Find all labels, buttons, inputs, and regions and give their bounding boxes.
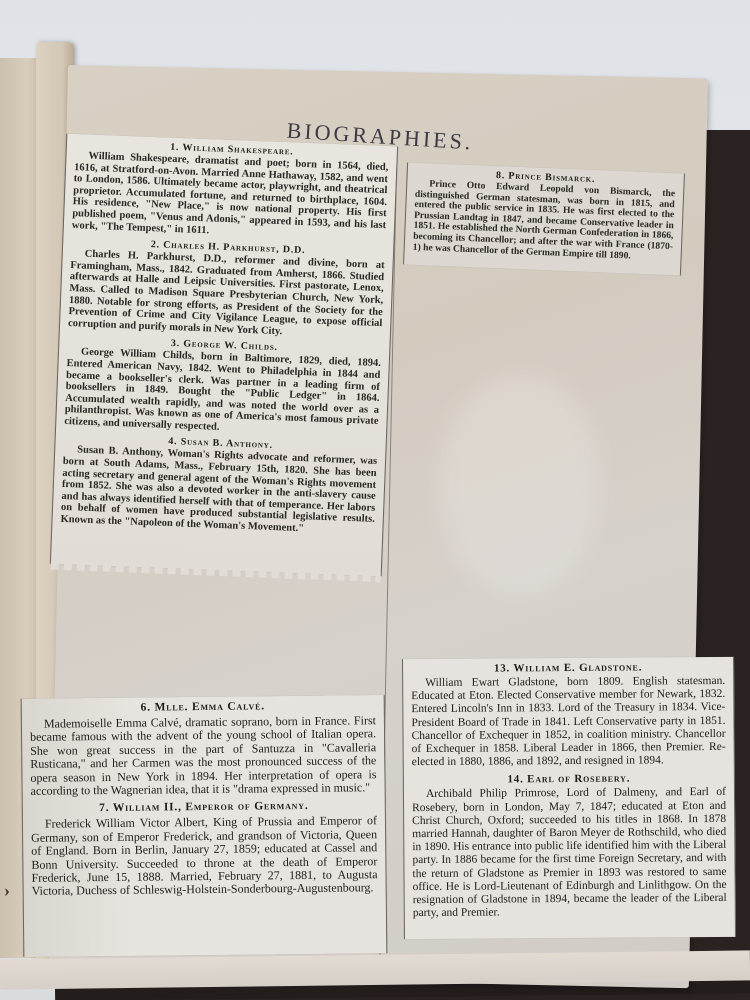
clipping-bismarck: 8. Prince Bismarck. Prince Otto Edward L… (403, 162, 685, 275)
entry-body: Frederick William Victor Albert, King of… (31, 815, 378, 899)
biography-entry-childs: 3. George W. Childs. George William Chil… (64, 334, 381, 439)
biography-entry-shakespeare: 1. William Shakespeare. William Shakespe… (72, 138, 389, 243)
clipping-biographies-6-7: 6. Mlle. Emma Calvé. Mademoiselle Emma C… (21, 695, 388, 957)
entry-body: Susan B. Anthony, Woman's Rights advocat… (60, 444, 377, 537)
entry-heading: 14. Earl of Rosebery. (412, 772, 726, 786)
entry-body: Mademoiselle Emma Calvé, dramatic sopran… (30, 714, 377, 798)
entry-body: Archibald Philip Primrose, Lord of Dalme… (412, 786, 727, 920)
entry-body: George William Childs, born in Baltimore… (64, 346, 381, 439)
biography-entry-calve: 6. Mlle. Emma Calvé. Mademoiselle Emma C… (30, 699, 377, 798)
biography-entry-parkhurst: 2. Charles H. Parkhurst, D.D. Charles H.… (68, 236, 385, 341)
clipping-biographies-13-14: 13. William E. Gladstone. William Ewart … (402, 657, 736, 939)
clipping-biographies-1-4: 1. William Shakespeare. William Shakespe… (50, 134, 398, 576)
entry-body: Charles H. Parkhurst, D.D., reformer and… (68, 248, 385, 341)
margin-mark: › (4, 880, 10, 901)
entry-heading: 6. Mlle. Emma Calvé. (30, 699, 376, 715)
biography-entry-anthony: 4. Susan B. Anthony. Susan B. Anthony, W… (60, 432, 377, 537)
biography-entry-gladstone: 13. William E. Gladstone. William Ewart … (411, 661, 726, 770)
entry-heading: 13. William E. Gladstone. (411, 661, 725, 675)
entry-body: William Shakespeare, dramatist and poet;… (72, 150, 389, 243)
entry-heading: 7. William II., Emperor of Germany. (31, 800, 377, 816)
entry-body: Prince Otto Edward Leopold von Bismarck,… (413, 179, 676, 264)
biography-entry-bismarck: 8. Prince Bismarck. Prince Otto Edward L… (413, 167, 676, 264)
entry-body: William Ewart Gladstone, born 1809. Engl… (411, 675, 726, 770)
biography-entry-william-ii: 7. William II., Emperor of Germany. Fred… (31, 800, 378, 899)
biography-entry-rosebery: 14. Earl of Rosebery. Archibald Philip P… (412, 772, 727, 920)
